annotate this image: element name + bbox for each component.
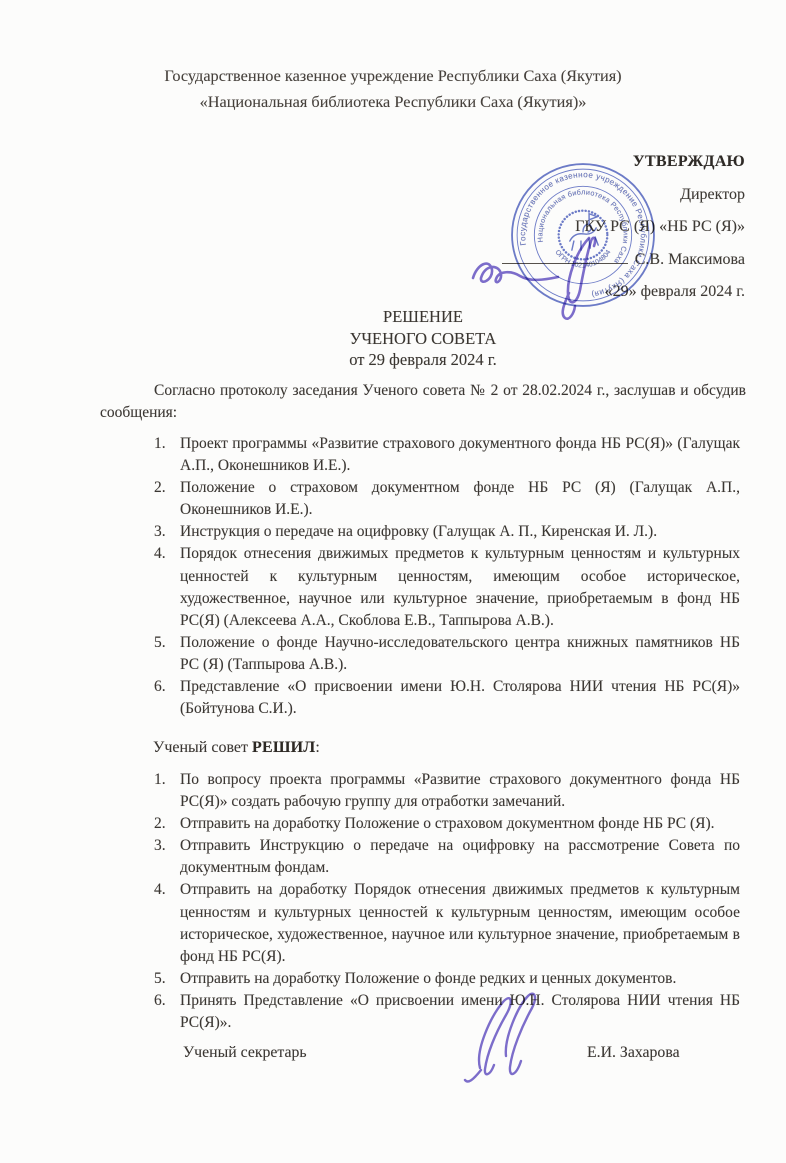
reports-list: 1.Проект программы «Развитие страхового … — [152, 433, 740, 720]
title-council: УЧЕНОГО СОВЕТА — [100, 328, 746, 350]
item-text: Принять Представление «О присвоении имен… — [180, 992, 740, 1031]
item-number: 4. — [154, 879, 166, 901]
decision-item: 1.По вопросу проекта программы «Развитие… — [152, 769, 740, 813]
secretary-role: Ученый секретарь — [183, 1042, 307, 1064]
decisions-list: 1.По вопросу проекта программы «Развитие… — [152, 769, 740, 1034]
item-number: 2. — [154, 813, 166, 835]
title-decision: РЕШЕНИЕ — [100, 306, 746, 328]
item-text: Отправить на доработку Порядок отнесения… — [180, 881, 740, 964]
title-date: от 29 февраля 2024 г. — [100, 349, 746, 371]
item-text: Положение о страховом документном фонде … — [180, 479, 740, 518]
approver-name: С.В. Максимова — [635, 251, 745, 268]
item-text: Отправить на доработку Положение о страх… — [180, 815, 715, 832]
approver-position: Директор — [415, 179, 745, 212]
item-text: Представление «О присвоении имени Ю.Н. С… — [180, 678, 740, 717]
approver-signature-row: С.В. Максимова — [415, 244, 745, 277]
item-text: По вопросу проекта программы «Развитие с… — [180, 771, 740, 810]
item-number: 2. — [154, 477, 166, 499]
resolution-prefix: Ученый совет — [153, 739, 252, 756]
report-item: 1.Проект программы «Развитие страхового … — [152, 433, 740, 477]
report-item: 6.Представление «О присвоении имени Ю.Н.… — [152, 676, 740, 720]
item-number: 5. — [154, 632, 166, 654]
item-number: 1. — [154, 433, 166, 455]
item-number: 3. — [154, 521, 166, 543]
item-text: Положение о фонде Научно-исследовательск… — [180, 634, 740, 673]
report-item: 3.Инструкция о передаче на оцифровку (Га… — [152, 521, 740, 543]
document-title: РЕШЕНИЕ УЧЕНОГО СОВЕТА от 29 февраля 202… — [100, 306, 746, 371]
secretary-name: Е.И. Захарова — [587, 1042, 680, 1064]
item-number: 3. — [154, 835, 166, 857]
item-text: Инструкция о передаче на оцифровку (Галу… — [180, 523, 657, 540]
resolution-keyword: РЕШИЛ — [252, 739, 315, 756]
signature-line — [502, 249, 628, 264]
item-text: Порядок отнесения движимых предметов к к… — [180, 545, 740, 628]
org-name-line1: Государственное казенное учреждение Респ… — [0, 63, 786, 89]
resolution-intro: Ученый совет РЕШИЛ: — [153, 739, 320, 757]
item-text: Отправить на доработку Положение о фонде… — [180, 970, 676, 987]
approve-label: УТВЕРЖДАЮ — [415, 146, 745, 179]
org-name-line2: «Национальная библиотека Республики Саха… — [0, 89, 786, 115]
org-header: Государственное казенное учреждение Респ… — [0, 63, 786, 114]
decision-item: 5.Отправить на доработку Положение о фон… — [152, 968, 740, 990]
item-number: 6. — [154, 990, 166, 1012]
decision-item: 4.Отправить на доработку Порядок отнесен… — [152, 879, 740, 967]
report-item: 2.Положение о страховом документном фонд… — [152, 477, 740, 521]
item-number: 4. — [154, 543, 166, 565]
resolution-suffix: : — [315, 739, 319, 756]
report-item: 5.Положение о фонде Научно-исследователь… — [152, 632, 740, 676]
decision-item: 6.Принять Представление «О присвоении им… — [152, 990, 740, 1034]
intro-paragraph: Согласно протоколу заседания Ученого сов… — [100, 380, 746, 424]
decision-item: 2.Отправить на доработку Положение о стр… — [152, 813, 740, 835]
item-text: Отправить Инструкцию о передаче на оцифр… — [180, 837, 740, 876]
item-number: 6. — [154, 676, 166, 698]
item-number: 1. — [154, 769, 166, 791]
approval-date: «29» февраля 2024 г. — [415, 276, 745, 309]
report-item: 4.Порядок отнесения движимых предметов к… — [152, 543, 740, 631]
item-text: Проект программы «Развитие страхового до… — [180, 435, 740, 474]
approver-org: ГКУ РС (Я) «НБ РС (Я)» — [415, 211, 745, 244]
approval-block: УТВЕРЖДАЮ Директор ГКУ РС (Я) «НБ РС (Я)… — [415, 146, 745, 309]
item-number: 5. — [154, 968, 166, 990]
decision-item: 3.Отправить Инструкцию о передаче на оци… — [152, 835, 740, 879]
document-page: Государственное казенное учреждение Респ… — [0, 0, 786, 1163]
